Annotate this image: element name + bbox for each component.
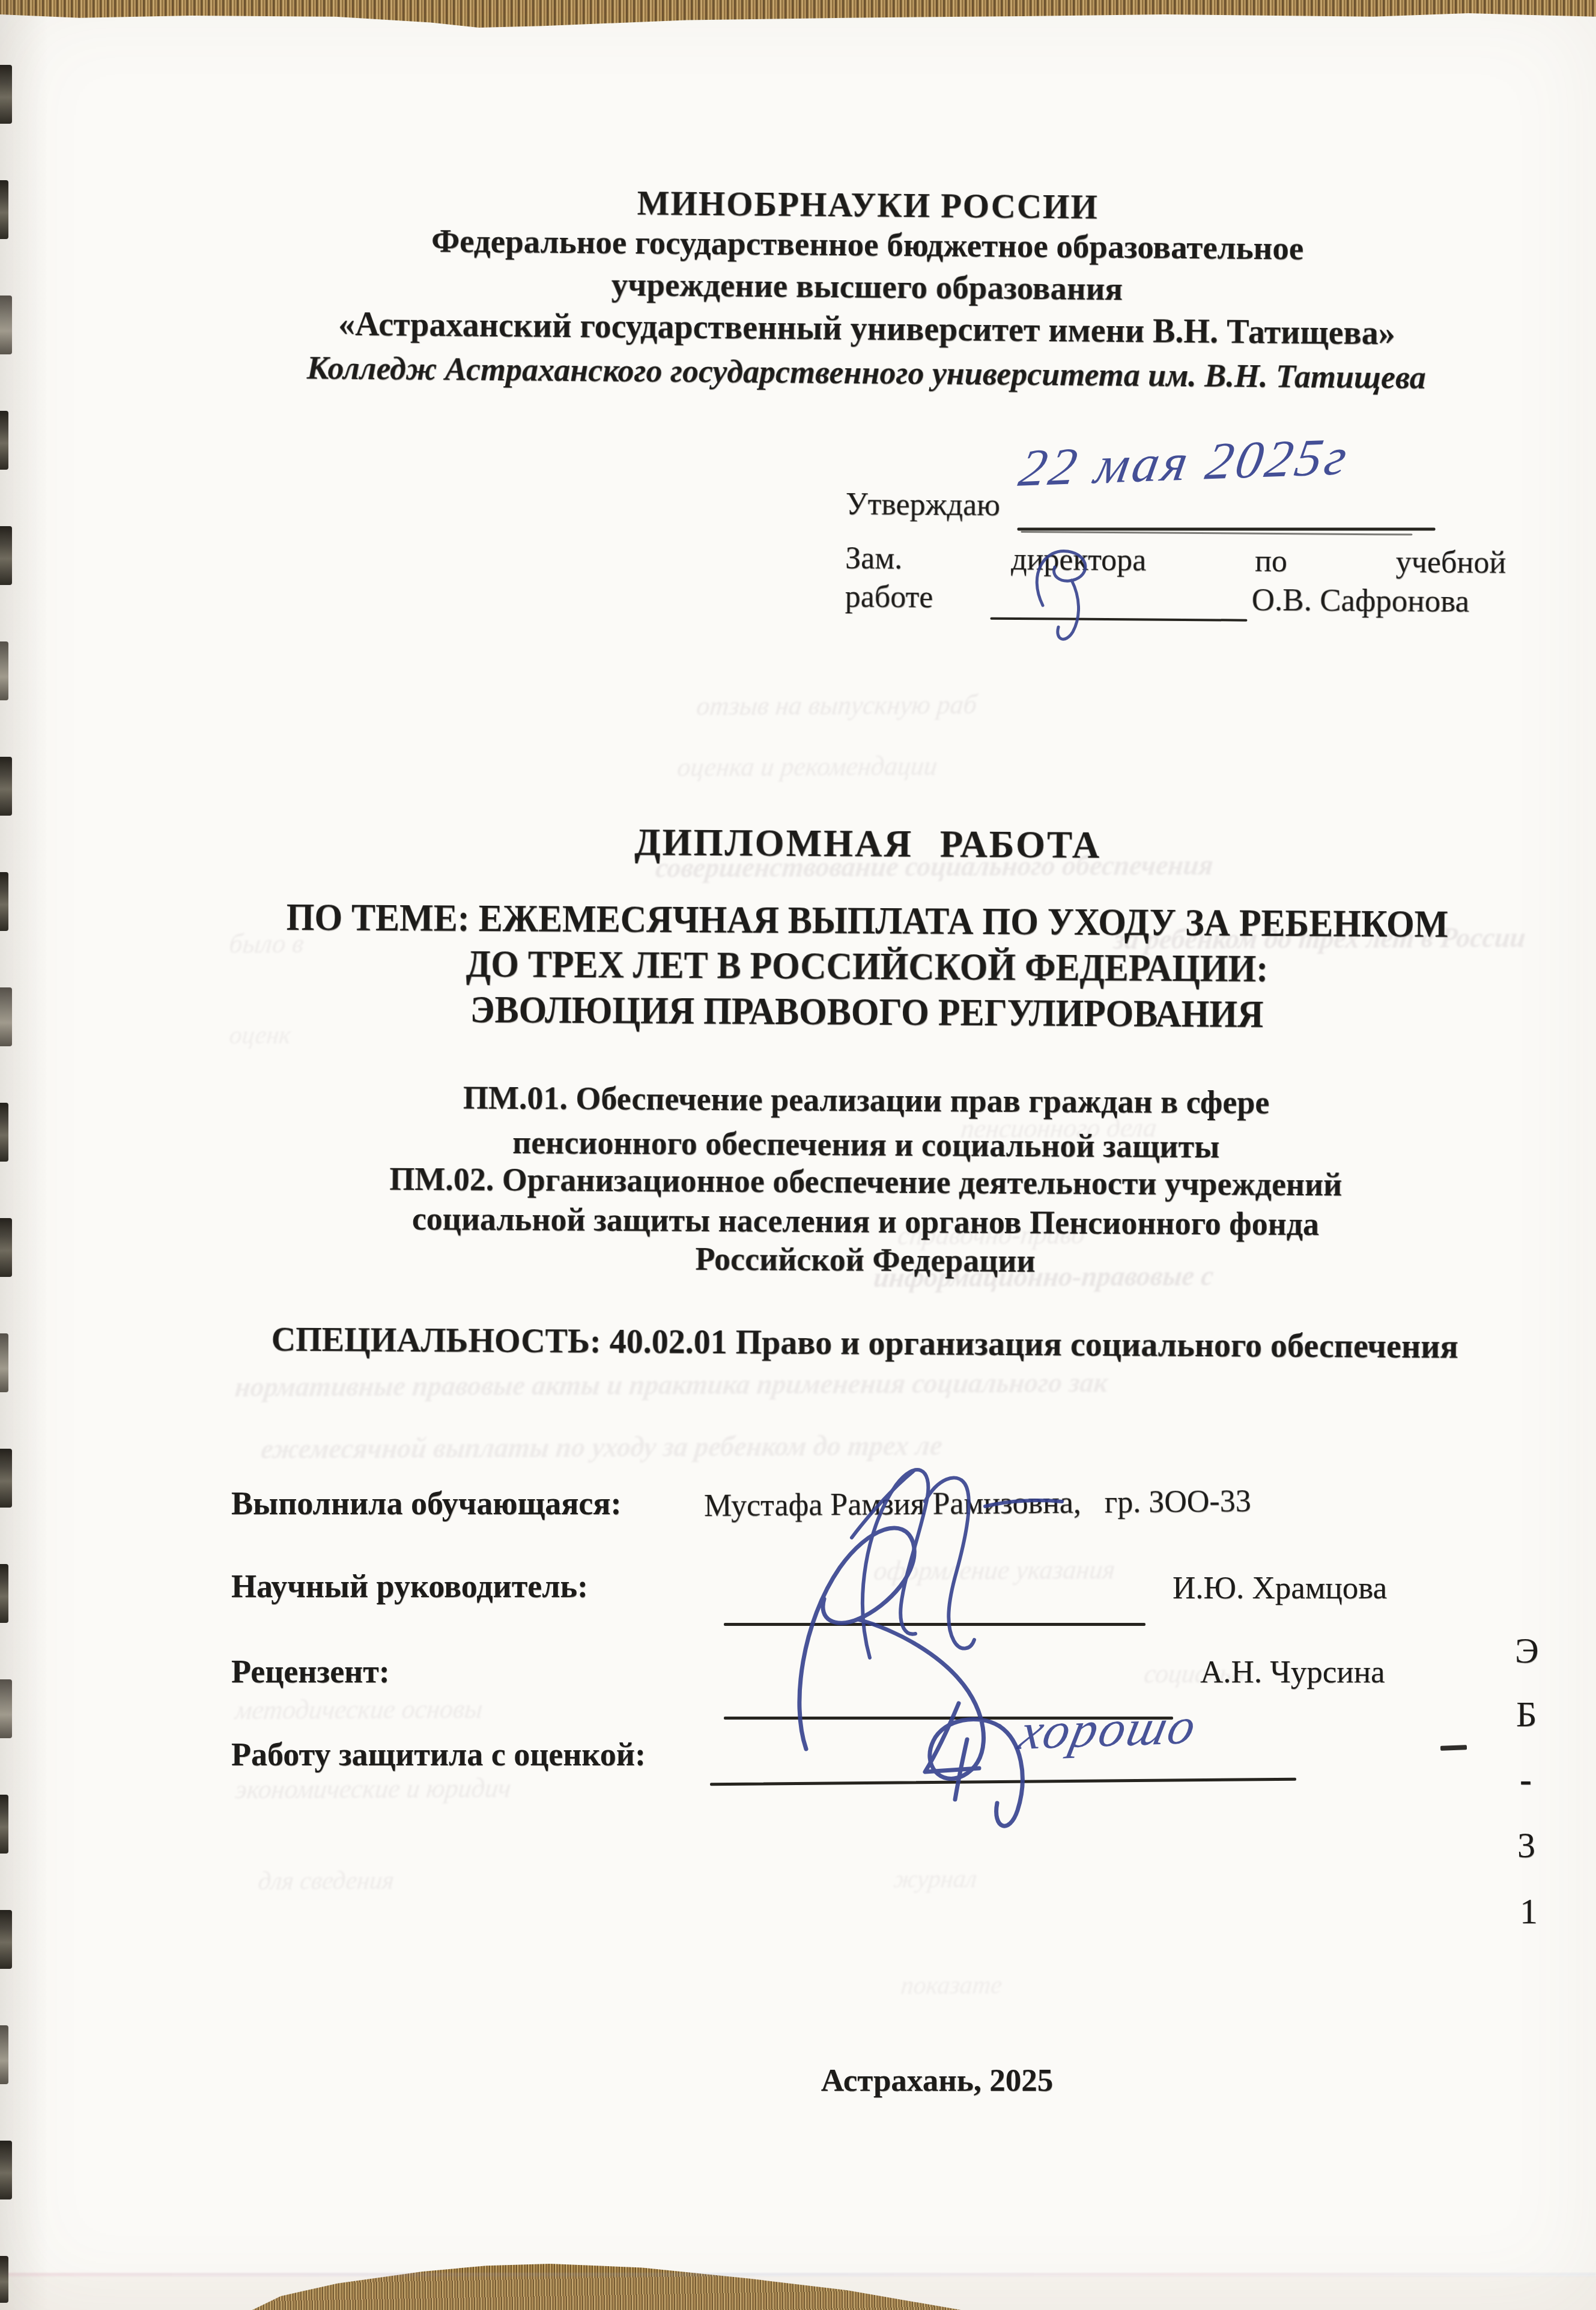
role-word-rabote: работе [845,579,933,615]
grade-label: Работу защитила с оценкой: [231,1736,646,1773]
bleedthrough-ghost-text: отзыв на выпускную раб [695,688,979,722]
binding-coil-tab [0,2141,12,2199]
scanner-background-top-texture [0,0,1596,29]
grade-word-handwriting: хорошо [1014,1696,1203,1762]
grade-underline [710,1778,1296,1786]
page-bottom-shading [0,2276,1596,2310]
binding-coil-tab [0,2025,8,2084]
binding-coil-tab [0,1218,12,1277]
binding-coil-tab [0,296,12,354]
scanned-title-page: МИНОБРНАУКИ РОССИИ Федеральное государст… [0,0,1596,2310]
side-mark-char-4: 3 [1517,1825,1535,1866]
side-mark-char-5: 1 [1520,1891,1538,1932]
module-pm01-line1: ПМ.01. Обеспечение реализации прав гражд… [220,1078,1512,1123]
specialty-line: СПЕЦИАЛЬНОСТЬ: 40.02.01 Право и организа… [219,1320,1511,1366]
module-pm02-line3: Российской Федерации [219,1237,1511,1282]
approve-date-underline [1018,527,1436,530]
approver-signature-underline [990,617,1247,622]
bleedthrough-ghost-text: экономические и юридич [234,1771,512,1805]
role-word-1: Зам. [845,541,902,577]
student-label: Выполнила обучающаяся: [231,1485,622,1522]
city-year-footer: Астрахань, 2025 [709,2063,1165,2099]
binding-coil-tab [0,641,8,700]
side-mark-char-2: Б [1516,1694,1537,1735]
binding-coil-tab [0,411,8,470]
student-name: Мустафа Рамзия Рамизовна, гр. ЗОО-33 [704,1484,1251,1524]
module-pm02-line1: ПМ.02. Организационное обеспечение деяте… [220,1159,1511,1204]
binding-coil-tab [0,1910,12,1969]
side-mark-char-1: Э [1515,1630,1539,1672]
bleedthrough-ghost-text: показате [899,1970,1003,2001]
approve-date-handwriting: 22 мая 2025г [1015,426,1355,499]
binding-coil-tab [0,526,12,585]
binding-coil-tab [0,757,12,816]
bleedthrough-ghost-text: оценка и рекомендации [676,749,939,783]
bleedthrough-ghost-text: нормативные правовые акты и практика при… [234,1365,1109,1404]
supervisor-underline [724,1623,1145,1626]
supervisor-label: Научный руководитель: [231,1568,588,1605]
binding-coil-tab [0,1103,8,1162]
binding-coil-tab [0,65,12,124]
stray-dash-mark [1440,1745,1467,1751]
role-word-4: учебной [1396,544,1506,580]
theme-line-3: ЭВОЛЮЦИЯ ПРАВОВОГО РЕГУЛИРОВАНИЯ [221,986,1513,1038]
binding-coil-tab [0,1564,8,1623]
bleedthrough-ghost-text: методические основы [234,1692,484,1726]
bleedthrough-ghost-text: журнал [892,1864,978,1895]
bleedthrough-ghost-text: оформление указания [872,1553,1117,1586]
binding-coil-tab [0,987,12,1046]
binding-coil-tab [0,1679,12,1738]
document-type-title: ДИПЛОМНАЯ РАБОТА [222,818,1514,870]
approve-date-underline-double [1021,531,1412,536]
binding-coil-tab [0,1795,8,1854]
bleedthrough-ghost-text: для сведения [256,1866,395,1897]
supervisor-name: И.Ю. Храмцова [1173,1570,1387,1606]
college-name: Колледж Астраханского государственного у… [211,348,1521,397]
approver-role-line: Зам. директора по учебной [845,541,1506,581]
theme-line-2: ДО ТРЕХ ЛЕТ В РОССИЙСКОЙ ФЕДЕРАЦИИ: [221,941,1513,992]
binding-coil-tab [0,2256,8,2303]
binding-coil-tab [0,1333,8,1392]
theme-line-1: ПО ТЕМЕ: ЕЖЕМЕСЯЧНАЯ ВЫПЛАТА ПО УХОДУ ЗА… [222,895,1513,947]
approve-label: Утверждаю [846,487,1001,523]
binding-coil-tab [0,180,8,239]
role-word-3: по [1255,544,1287,579]
side-mark-char-3: - [1520,1759,1532,1800]
approver-name: О.В. Сафронова [1251,582,1469,620]
binding-coil-tab [0,872,8,931]
reviewer-label: Рецензент: [231,1653,390,1690]
module-pm02-line2: социальной защиты населения и органов Пе… [220,1199,1511,1244]
binding-coil-tab [0,1449,12,1508]
university-name: «Астраханский государственный университе… [221,304,1513,354]
org-line-2: учреждение высшего образования [221,262,1513,311]
role-word-2: директора [1011,542,1146,578]
reviewer-name: А.Н. Чурсина [1200,1654,1385,1690]
bleedthrough-ghost-text: ежемесячной выплаты по уходу за ребенком… [259,1428,944,1465]
